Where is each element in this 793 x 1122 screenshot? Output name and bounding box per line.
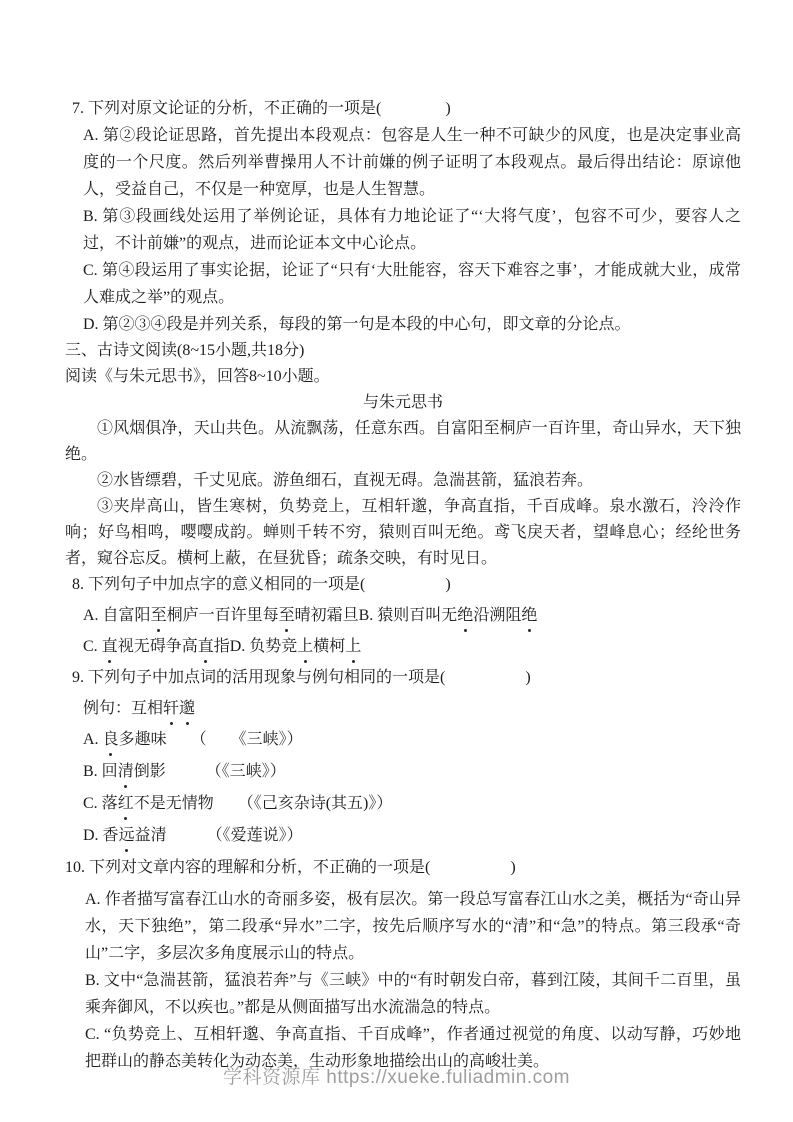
section-3-heading: 三、古诗文阅读(8~15小题,共18分) (65, 338, 741, 364)
question-7-stem: 7. 下列对原文论证的分析，不正确的一项是( ) (72, 95, 741, 122)
question-7-option-d: D. 第②③④段是并列关系，每段的第一句是本段的中心句，即文章的分论点。 (83, 311, 741, 338)
question-10-option-a: A. 作者描写富春江山水的奇丽多姿，极有层次。第一段总写富春江山水之美，概括为“… (85, 886, 741, 967)
question-8-options-ab: A. 自富阳至桐庐一百许里每至晴初霜旦B. 猿则百叫无绝沿溯阻绝 (83, 603, 741, 629)
passage-title: 与朱元思书 (65, 390, 741, 416)
page-content: 7. 下列对原文论证的分析，不正确的一项是( ) A. 第②段论证思路，首先提出… (65, 95, 741, 1075)
passage-paragraph-3: ③夹岸高山，皆生寒树，负势竞上，互相轩邈，争高直指，千百成峰。泉水激石，泠泠作响… (65, 494, 741, 572)
passage-paragraph-2: ②水皆缥碧，千丈见底。游鱼细石，直视无碍。急湍甚箭，猛浪若奔。 (65, 468, 741, 494)
question-9-option-b: B. 回清倒影 （《三峡》） (83, 759, 741, 785)
question-10-stem: 10. 下列对文章内容的理解和分析，不正确的一项是( ) (65, 855, 741, 881)
question-9-option-a: A. 良多趣味 （ 《三峡》） (83, 727, 741, 753)
question-8-stem: 8. 下列句子中加点字的意义相同的一项是( ) (72, 572, 741, 598)
watermark-text: 学科资源库 https://xueke.fuliadmin.com (223, 1067, 570, 1088)
exam-page: 7. 下列对原文论证的分析，不正确的一项是( ) A. 第②段论证思路，首先提出… (0, 0, 793, 1122)
question-9-option-c: C. 落红不是无情物 （《己亥杂诗(其五)》） (83, 791, 741, 817)
question-8-options-cd: C. 直视无碍争高直指D. 负势竞上横柯上 (83, 634, 741, 660)
reading-instruction: 阅读《与朱元思书》，回答8~10小题。 (65, 364, 741, 390)
question-9-stem: 9. 下列句子中加点词的活用现象与例句相同的一项是( ) (72, 665, 741, 691)
question-7-option-c: C. 第④段运用了事实论据，论证了“只有‘大肚能容，容天下难容之事’，才能成就大… (83, 257, 741, 311)
question-7-option-b: B. 第③段画线处运用了举例论证，具体有力地论证了“‘大将气度’，包容不可少，要… (83, 203, 741, 257)
watermark-footer: 学科资源库 https://xueke.fuliadmin.com (0, 1062, 793, 1089)
question-9-example: 例句：互相轩邈 (83, 696, 741, 722)
question-9-option-d: D. 香远益清 （《爱莲说》） (83, 823, 741, 849)
question-7-option-a: A. 第②段论证思路，首先提出本段观点：包容是人生一种不可缺少的风度，也是决定事… (83, 122, 741, 203)
question-10-option-b: B. 文中“急湍甚箭，猛浪若奔”与《三峡》中的“有时朝发白帝，暮到江陵，其间千二… (85, 967, 741, 1021)
passage-paragraph-1: ①风烟俱净，天山共色。从流飘荡，任意东西。自富阳至桐庐一百许里，奇山异水，天下独… (65, 416, 741, 468)
